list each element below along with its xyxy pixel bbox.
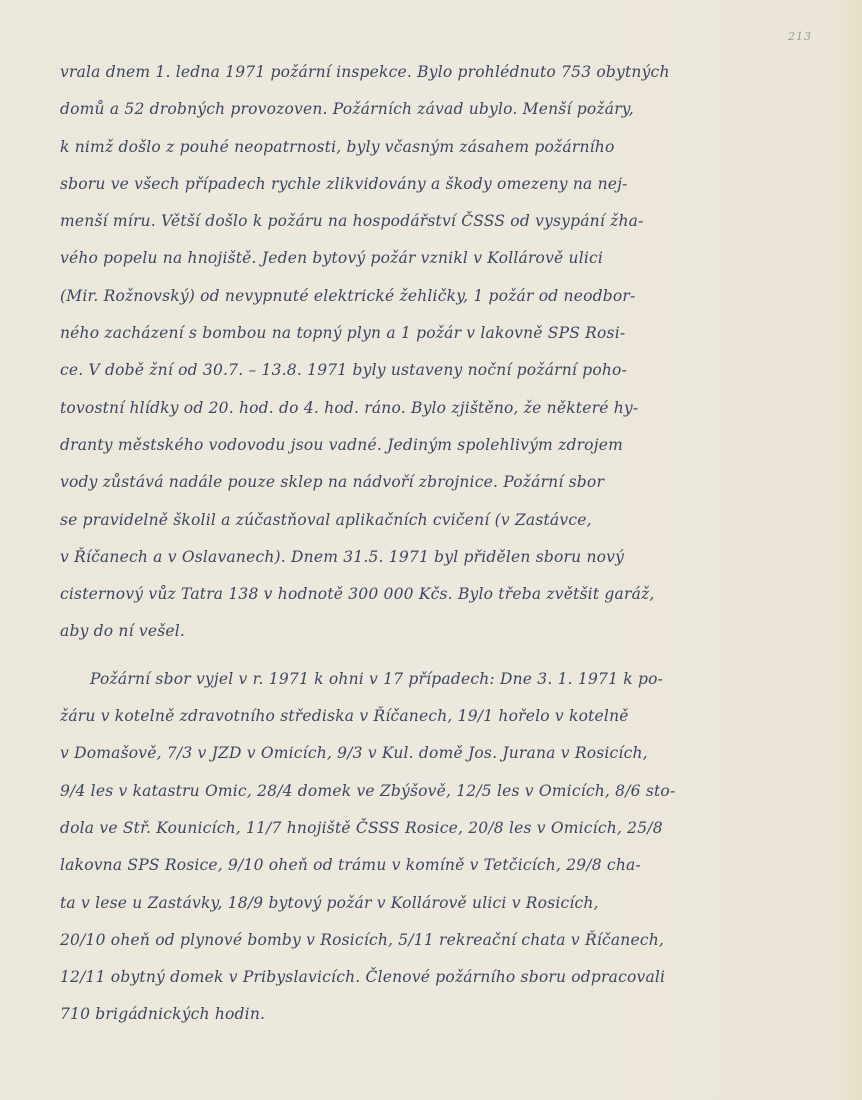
text-line: 710 brigádnických hodin. xyxy=(60,1004,800,1041)
text-line: ce. V době žní od 30.7. – 13.8. 1971 byl… xyxy=(60,360,800,397)
paragraph-gap xyxy=(60,659,800,669)
text-line: ného zacházení s bombou na topný plyn a … xyxy=(60,323,800,360)
document-page: 213 vrala dnem 1. ledna 1971 požární ins… xyxy=(0,0,862,1100)
text-line: menší míru. Větší došlo k požáru na hosp… xyxy=(60,211,800,248)
text-line: sboru ve všech případech rychle zlikvido… xyxy=(60,174,800,211)
text-line: dola ve Stř. Kounicích, 11/7 hnojiště ČS… xyxy=(60,818,800,855)
paragraph-2: Požární sbor vyjel v r. 1971 k ohni v 17… xyxy=(60,669,800,1042)
text-line: v Domašově, 7/3 v JZD v Omicích, 9/3 v K… xyxy=(60,743,800,780)
text-line: 12/11 obytný domek v Pribyslavicích. Čle… xyxy=(60,967,800,1004)
text-line: dranty městského vodovodu jsou vadné. Je… xyxy=(60,435,800,472)
text-line: vrala dnem 1. ledna 1971 požární inspekc… xyxy=(60,62,800,99)
text-line: k nimž došlo z pouhé neopatrnosti, byly … xyxy=(60,137,800,174)
text-line: vody zůstává nadále pouze sklep na nádvo… xyxy=(60,472,800,509)
text-line: ta v lese u Zastávky, 18/9 bytový požár … xyxy=(60,893,800,930)
text-line: domů a 52 drobných provozoven. Požárních… xyxy=(60,99,800,136)
text-line: lakovna SPS Rosice, 9/10 oheň od trámu v… xyxy=(60,855,800,892)
text-line: 9/4 les v katastru Omic, 28/4 domek ve Z… xyxy=(60,781,800,818)
text-line: v Říčanech a v Oslavanech). Dnem 31.5. 1… xyxy=(60,547,800,584)
text-line: (Mir. Rožnovský) od nevypnuté elektrické… xyxy=(60,286,800,323)
text-line: cisternový vůz Tatra 138 v hodnotě 300 0… xyxy=(60,584,800,621)
page-number: 213 xyxy=(788,30,812,43)
text-line: tovostní hlídky od 20. hod. do 4. hod. r… xyxy=(60,398,800,435)
text-line: Požární sbor vyjel v r. 1971 k ohni v 17… xyxy=(60,669,800,706)
paragraph-1: vrala dnem 1. ledna 1971 požární inspekc… xyxy=(60,62,800,659)
text-line: 20/10 oheň od plynové bomby v Rosicích, … xyxy=(60,930,800,967)
text-line: žáru v kotelně zdravotního střediska v Ř… xyxy=(60,706,800,743)
text-line: vého popelu na hnojiště. Jeden bytový po… xyxy=(60,248,800,285)
text-line: se pravidelně školil a zúčastňoval aplik… xyxy=(60,510,800,547)
handwritten-text: vrala dnem 1. ledna 1971 požární inspekc… xyxy=(60,62,800,1042)
text-line: aby do ní vešel. xyxy=(60,621,800,658)
